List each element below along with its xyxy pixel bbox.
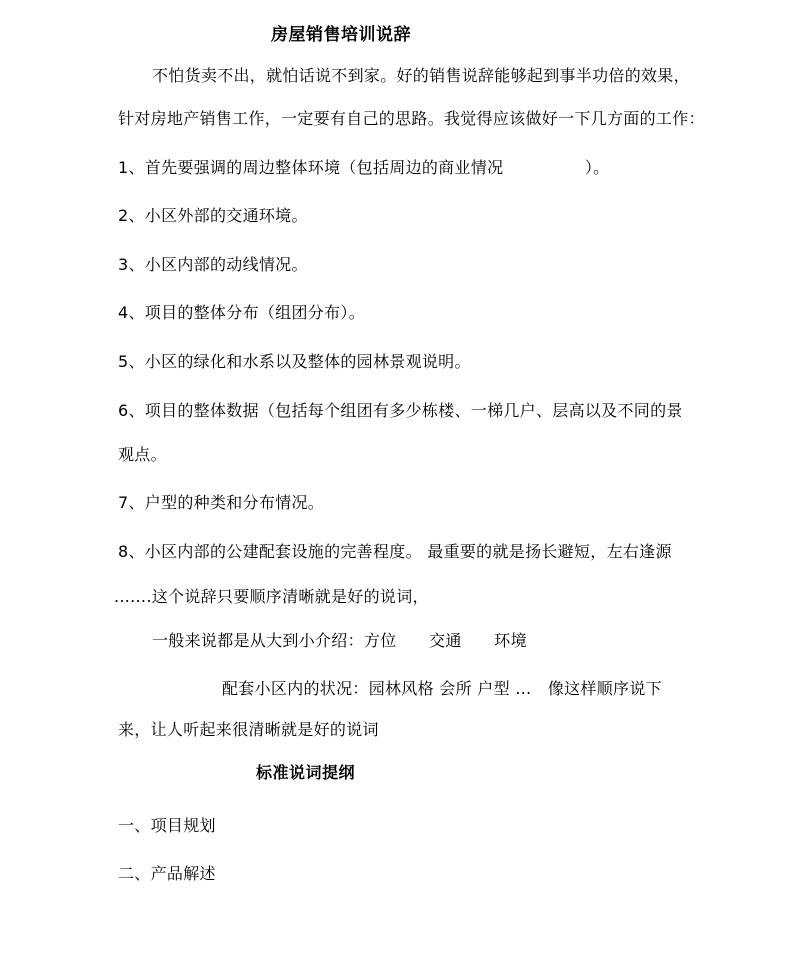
list-item-8-line-2: .......这个说辞只要顺序清晰就是好的说词，: [114, 587, 429, 607]
outline-item-2: 二、产品解述: [118, 864, 216, 884]
note-intro-order: 一般来说都是从大到小介绍：方位 交通 环境: [152, 631, 527, 651]
list-item-4: 4、项目的整体分布（组团分布）。: [118, 303, 365, 323]
list-item-2: 2、小区外部的交通环境。: [118, 206, 308, 226]
document-title: 房屋销售培训说辞: [271, 25, 411, 45]
note-facilities-line-1: 配套小区内的状况：园林风格 会所 户型 … 像这样顺序说下: [222, 679, 662, 699]
list-item-1: 1、首先要强调的周边整体环境（包括周边的商业情况 ）。: [118, 158, 609, 178]
intro-line-1: 不怕货卖不出，就怕话说不到家。好的销售说辞能够起到事半功倍的效果，: [152, 66, 690, 86]
outline-item-1: 一、项目规划: [118, 816, 216, 836]
list-item-6-line-2: 观点。: [118, 445, 167, 465]
list-item-6-line-1: 6、项目的整体数据（包括每个组团有多少栋楼、一梯几户、层高以及不同的景: [118, 401, 683, 421]
note-facilities-line-2: 来，让人听起来很清晰就是好的说词: [118, 720, 379, 740]
section-heading: 标准说词提纲: [256, 763, 355, 783]
document-page: 房屋销售培训说辞 不怕货卖不出，就怕话说不到家。好的销售说辞能够起到事半功倍的效…: [0, 0, 800, 959]
list-item-7: 7、户型的种类和分布情况。: [118, 493, 324, 513]
intro-line-2: 针对房地产销售工作，一定要有自己的思路。我觉得应该做好一下几方面的工作：: [118, 109, 705, 129]
list-item-3: 3、小区内部的动线情况。: [118, 255, 308, 275]
list-item-5: 5、小区的绿化和水系以及整体的园林景观说明。: [118, 352, 471, 372]
list-item-8-line-1: 8、小区内部的公建配套设施的完善程度。 最重要的就是扬长避短，左右逢源: [118, 542, 672, 562]
